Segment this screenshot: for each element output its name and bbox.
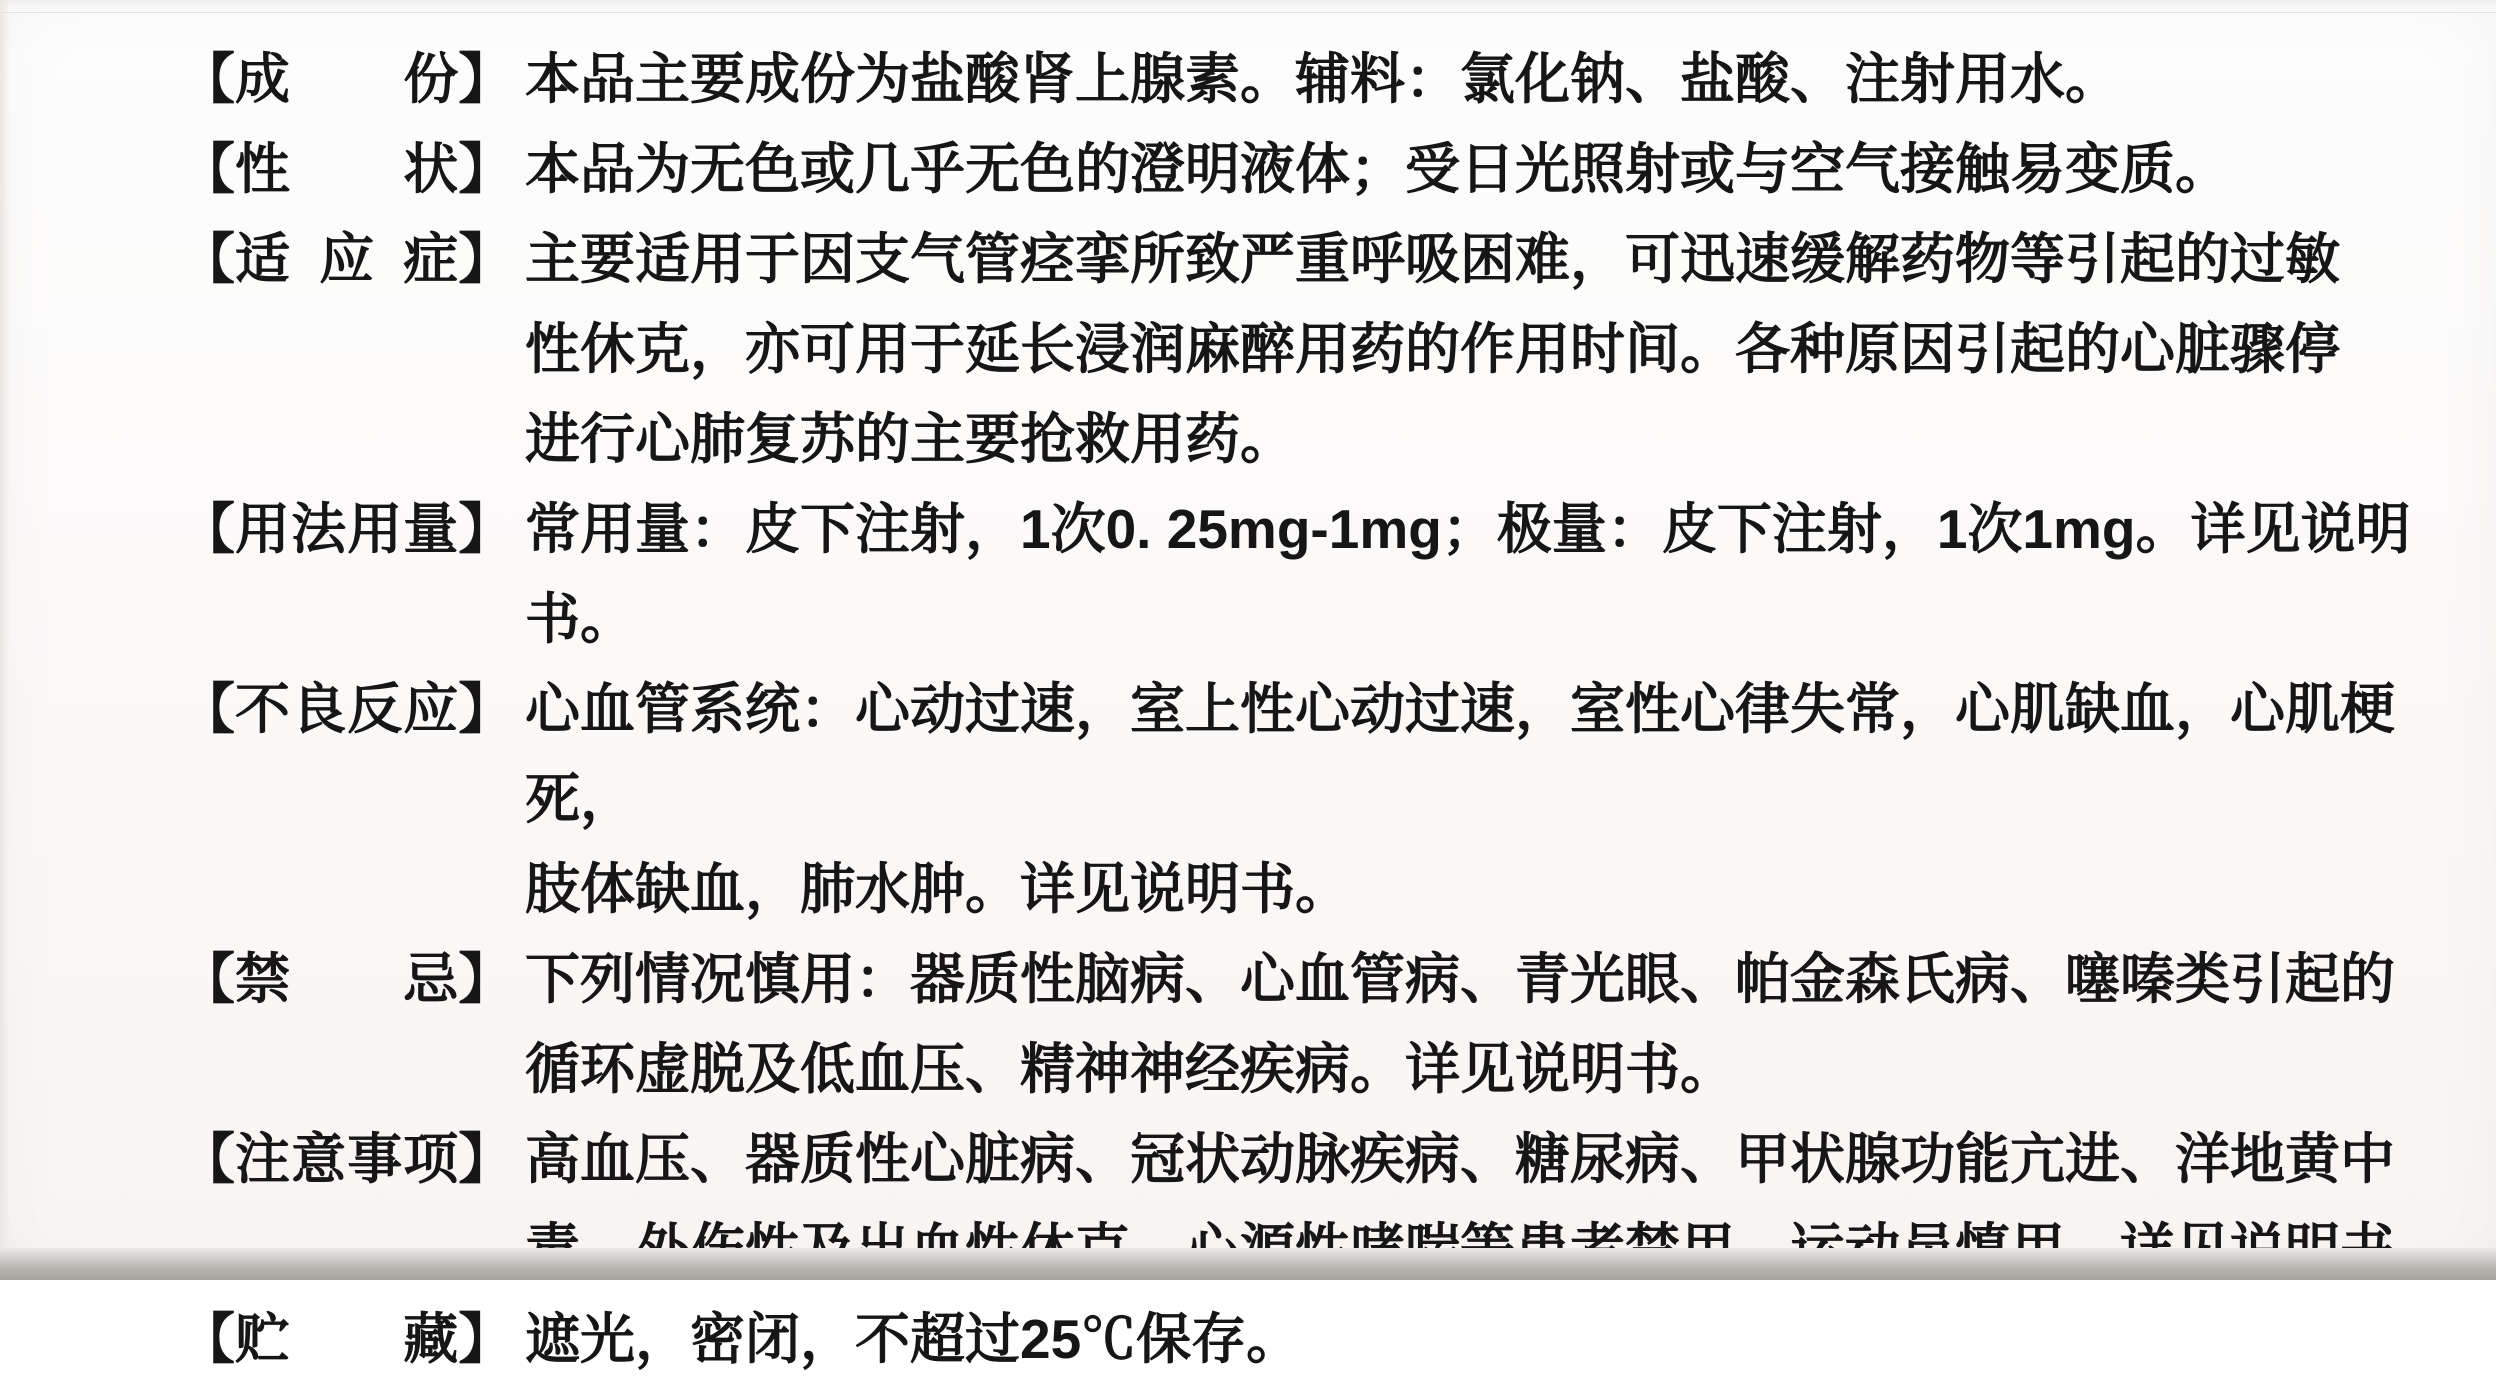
bracket-open: 【 bbox=[180, 678, 235, 740]
section-label-text: 性状 bbox=[235, 124, 458, 214]
section-label: 【适应症】 bbox=[180, 214, 525, 304]
bracket-close: 】 bbox=[458, 48, 513, 110]
section-content: 主要适用于因支气管痉挛所致严重呼吸困难，可迅速缓解药物等引起的过敏 性休克，亦可… bbox=[525, 214, 2468, 484]
section-label: 【成份】 bbox=[180, 34, 525, 124]
section-label: 【禁忌】 bbox=[180, 934, 525, 1024]
bracket-close: 】 bbox=[458, 678, 513, 740]
section-label-text: 用法用量 bbox=[235, 484, 458, 574]
bracket-close: 】 bbox=[458, 228, 513, 290]
section-label: 【性状】 bbox=[180, 124, 525, 214]
section-content: 本品主要成份为盐酸肾上腺素。辅料：氯化钠、盐酸、注射用水。 bbox=[525, 34, 2468, 124]
section-indications: 【适应症】 主要适用于因支气管痉挛所致严重呼吸困难，可迅速缓解药物等引起的过敏 … bbox=[180, 214, 2468, 484]
section-label-text: 禁忌 bbox=[235, 934, 458, 1024]
section-ingredients: 【成份】 本品主要成份为盐酸肾上腺素。辅料：氯化钠、盐酸、注射用水。 bbox=[180, 34, 2468, 124]
bracket-open: 【 bbox=[180, 498, 235, 560]
section-dosage: 【用法用量】 常用量：皮下注射，1次0. 25mg-1mg；极量：皮下注射，1次… bbox=[180, 484, 2468, 664]
bracket-open: 【 bbox=[180, 1128, 235, 1190]
section-description: 【性状】 本品为无色或几乎无色的澄明液体；受日光照射或与空气接触易变质。 bbox=[180, 124, 2468, 214]
section-label-text: 成份 bbox=[235, 34, 458, 124]
photo-top-edge bbox=[0, 0, 2496, 13]
bracket-open: 【 bbox=[180, 228, 235, 290]
section-contraindications: 【禁忌】 下列情况慎用：器质性脑病、心血管病、青光眼、帕金森氏病、噻嗪类引起的 … bbox=[180, 934, 2468, 1114]
package-insert-photo: 【成份】 本品主要成份为盐酸肾上腺素。辅料：氯化钠、盐酸、注射用水。 【性状】 … bbox=[0, 0, 2496, 1280]
bracket-open: 【 bbox=[180, 48, 235, 110]
section-content: 本品为无色或几乎无色的澄明液体；受日光照射或与空气接触易变质。 bbox=[525, 124, 2468, 214]
bracket-open: 【 bbox=[180, 138, 235, 200]
bracket-close: 】 bbox=[458, 498, 513, 560]
photo-left-edge bbox=[0, 0, 10, 1280]
section-adverse-reactions: 【不良反应】 心血管系统：心动过速，室上性心动过速，室性心律失常，心肌缺血，心肌… bbox=[180, 664, 2468, 934]
section-content: 心血管系统：心动过速，室上性心动过速，室性心律失常，心肌缺血，心肌梗死， 肢体缺… bbox=[525, 664, 2468, 934]
section-label: 【注意事项】 bbox=[180, 1114, 525, 1204]
bracket-close: 】 bbox=[458, 948, 513, 1010]
section-label: 【不良反应】 bbox=[180, 664, 525, 754]
bracket-close: 】 bbox=[458, 138, 513, 200]
bracket-open: 【 bbox=[180, 948, 235, 1010]
section-label-text: 不良反应 bbox=[235, 664, 458, 754]
photo-bottom-edge bbox=[0, 1248, 2496, 1280]
section-content: 下列情况慎用：器质性脑病、心血管病、青光眼、帕金森氏病、噻嗪类引起的 循环虚脱及… bbox=[525, 934, 2468, 1114]
bracket-close: 】 bbox=[458, 1128, 513, 1190]
insert-text-block: 【成份】 本品主要成份为盐酸肾上腺素。辅料：氯化钠、盐酸、注射用水。 【性状】 … bbox=[180, 34, 2468, 1280]
section-label-text: 适应症 bbox=[235, 214, 458, 304]
section-label-text: 注意事项 bbox=[235, 1114, 458, 1204]
section-label: 【用法用量】 bbox=[180, 484, 525, 574]
section-content: 常用量：皮下注射，1次0. 25mg-1mg；极量：皮下注射，1次1mg。详见说… bbox=[525, 484, 2468, 664]
